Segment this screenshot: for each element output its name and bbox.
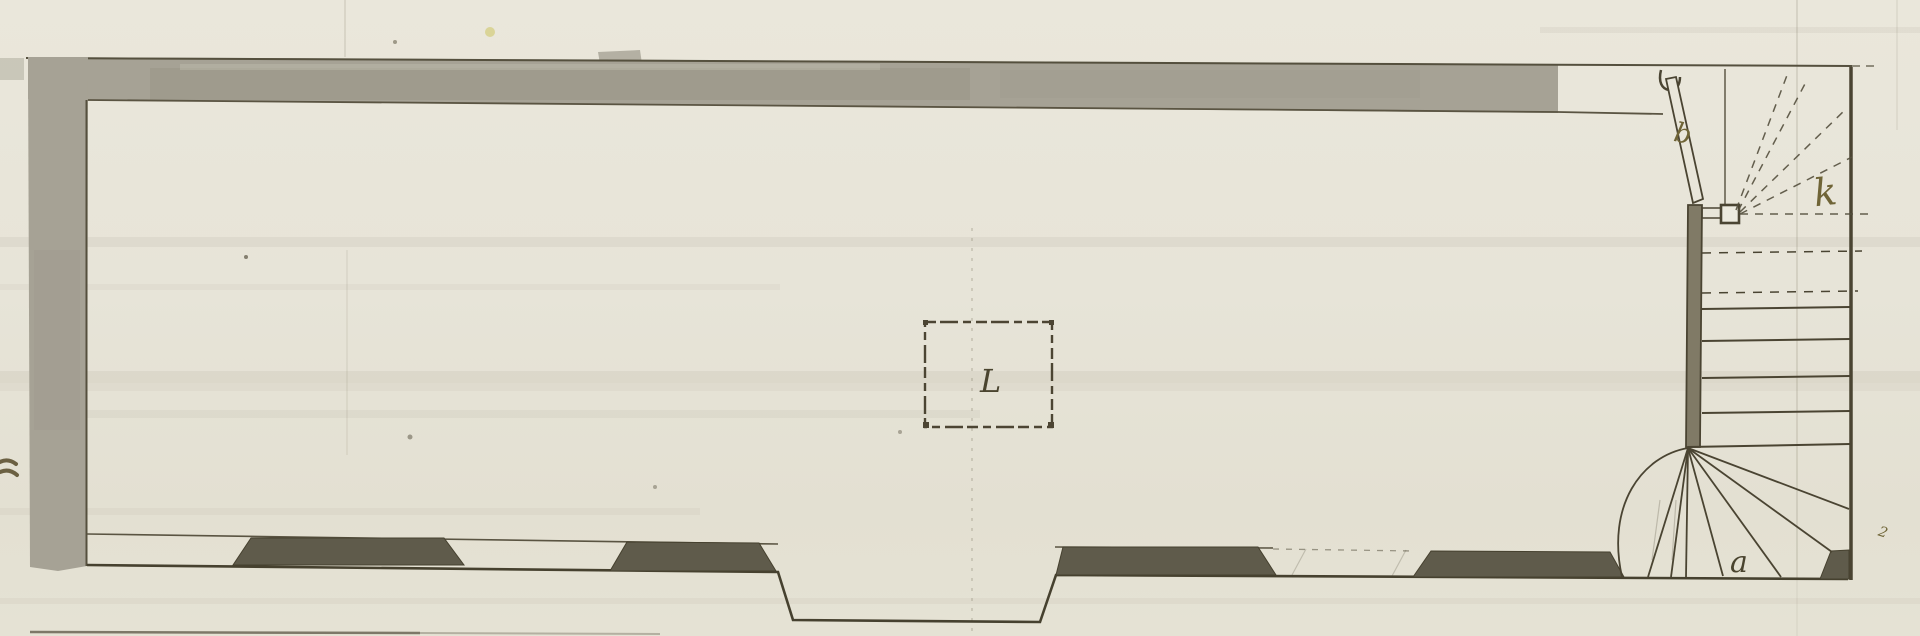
stair-spine-wall [1686,205,1702,447]
paper-edge-shadow [0,58,24,80]
label-L: L [979,362,1001,400]
plan-sheet: L b k a 2 [0,0,1920,636]
pier-2 [610,542,776,571]
label-k: k [1811,169,1839,215]
pier-4 [1413,551,1624,577]
label-a: a [1730,545,1748,580]
yellow-stain [485,27,495,37]
pier-1 [233,538,464,565]
left-wall [28,57,88,571]
pier-3 [1056,547,1276,575]
floor-plan-drawing: L b k a 2 [0,0,1920,636]
